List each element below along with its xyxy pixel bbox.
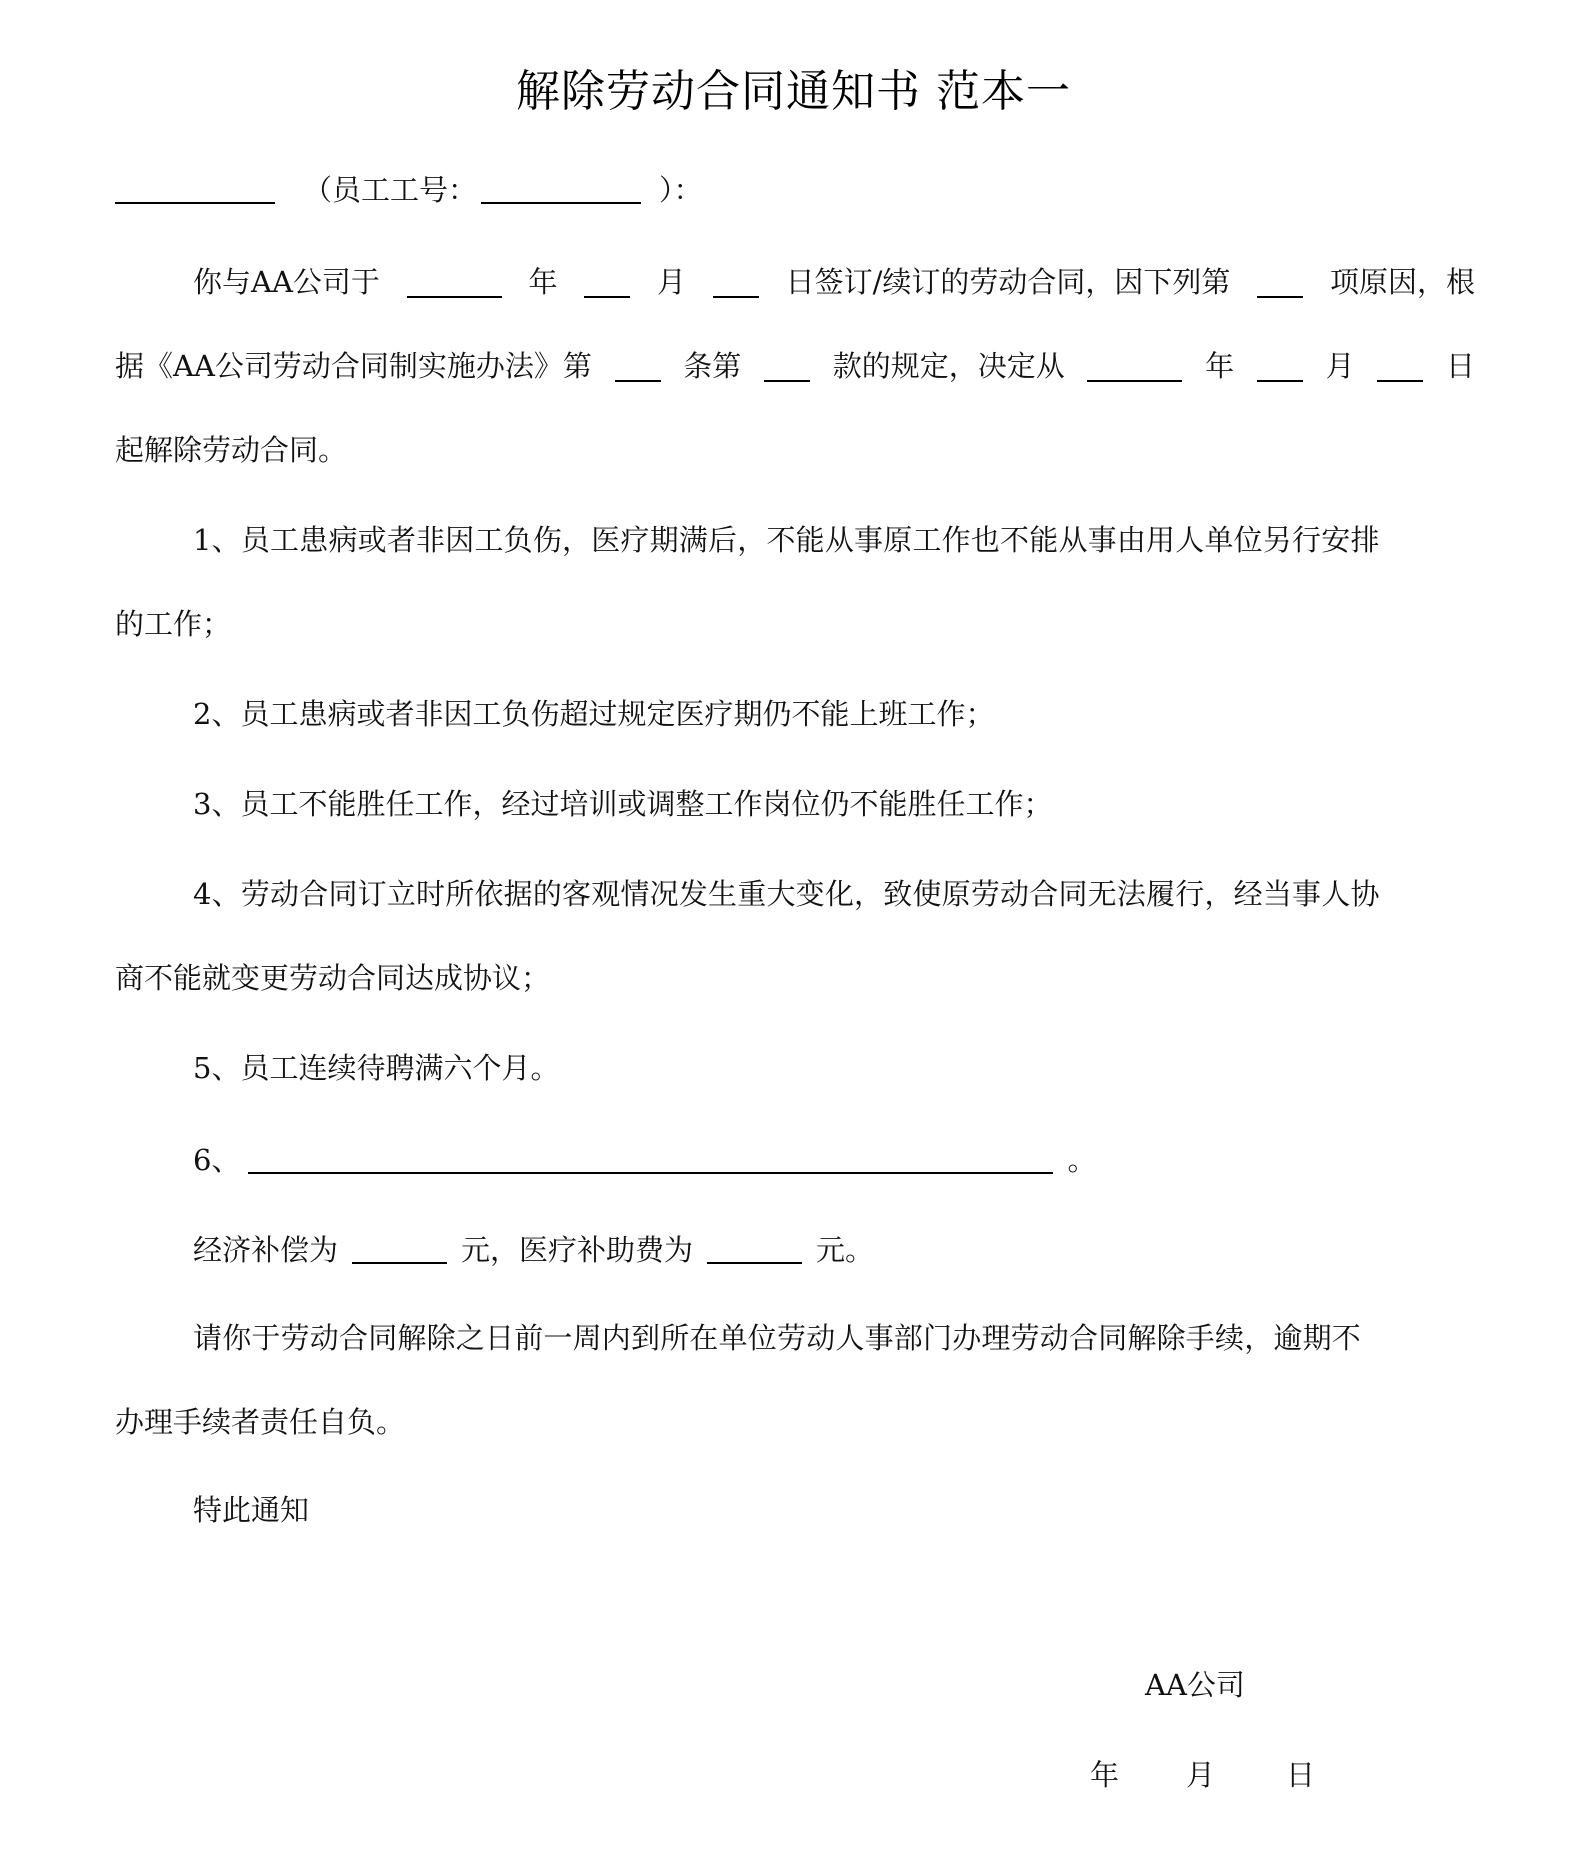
intro-text: 款的规定，决定从 [833, 346, 1065, 386]
reason-6-prefix: 6、 [193, 1143, 240, 1177]
intro-text: 日 [1446, 346, 1475, 386]
reason-6-suffix: 。 [1067, 1143, 1096, 1177]
employee-id-close: ）： [659, 173, 703, 207]
closing-text: 特此通知 [115, 1490, 1553, 1530]
reason-1-line-1: 1、员工患病或者非因工负伤，医疗期满后，不能从事原工作也不能从事由用人单位另行安… [115, 520, 1475, 560]
economic-compensation-blank[interactable] [352, 1232, 447, 1264]
instruction-line-1: 请你于劳动合同解除之日前一周内到所在单位劳动人事部门办理劳动合同解除手续，逾期不 [115, 1318, 1475, 1358]
reason-4-line-1: 4、劳动合同订立时所依据的客观情况发生重大变化，致使原劳动合同无法履行，经当事人… [115, 874, 1475, 914]
intro-line-1: 你与AA公司于 年 月 日签订/续订的劳动合同，因下列第 项原因，根 [115, 262, 1475, 302]
signature-year: 年 [1090, 1755, 1119, 1795]
intro-text: 你与AA公司于 [193, 262, 380, 302]
reason-2: 2、员工患病或者非因工负伤超过规定医疗期仍不能上班工作； [115, 694, 1553, 734]
sign-day-blank[interactable] [713, 266, 759, 298]
intro-text: 据《AA公司劳动合同制实施办法》第 [115, 346, 592, 386]
reason-5: 5、员工连续待聘满六个月。 [115, 1048, 1553, 1088]
intro-text: 条第 [683, 346, 741, 386]
reason-4-line-2: 商不能就变更劳动合同达成协议； [115, 958, 1475, 998]
reason-3: 3、员工不能胜任工作，经过培训或调整工作岗位仍不能胜任工作； [115, 784, 1553, 824]
sign-month-blank[interactable] [584, 266, 630, 298]
compensation-unit: 元。 [816, 1233, 874, 1267]
termination-day-blank[interactable] [1377, 350, 1423, 382]
reason-6: 6、。 [115, 1138, 1553, 1180]
medical-subsidy-label: 元，医疗补助费为 [461, 1233, 693, 1267]
termination-year-blank[interactable] [1087, 350, 1182, 382]
medical-subsidy-blank[interactable] [707, 1232, 802, 1264]
signature-day: 日 [1286, 1755, 1315, 1795]
article-blank[interactable] [615, 350, 661, 382]
addressee-line: （员工工号：）： [115, 168, 1475, 210]
intro-text: 年 [528, 262, 557, 302]
intro-line-2: 据《AA公司劳动合同制实施办法》第 条第 款的规定，决定从 年 月 日 [115, 346, 1475, 386]
signature-company: AA公司 [1145, 1665, 1245, 1705]
intro-text: 年 [1205, 346, 1234, 386]
other-reason-blank[interactable] [248, 1142, 1053, 1174]
employee-id-blank[interactable] [481, 172, 641, 204]
employee-name-blank[interactable] [115, 172, 275, 204]
termination-month-blank[interactable] [1257, 350, 1303, 382]
reason-number-blank[interactable] [1257, 266, 1303, 298]
economic-compensation-label: 经济补偿为 [193, 1233, 338, 1267]
clause-blank[interactable] [764, 350, 810, 382]
instruction-line-2: 办理手续者责任自负。 [115, 1402, 1475, 1442]
intro-text: 月 [657, 262, 686, 302]
signature-month: 月 [1186, 1755, 1215, 1795]
sign-year-blank[interactable] [407, 266, 502, 298]
employee-id-label: （员工工号： [303, 173, 477, 207]
intro-text: 日签订/续订的劳动合同，因下列第 [786, 262, 1231, 302]
reason-1-line-2: 的工作； [115, 604, 1475, 644]
compensation-line: 经济补偿为元，医疗补助费为元。 [115, 1228, 1553, 1270]
document-page: 解除劳动合同通知书 范本一 （员工工号：）： 你与AA公司于 年 月 日签订/续… [0, 0, 1587, 1864]
intro-text: 项原因，根 [1330, 262, 1475, 302]
intro-text: 月 [1326, 346, 1355, 386]
intro-line-3: 起解除劳动合同。 [115, 430, 1475, 470]
document-title: 解除劳动合同通知书 范本一 [0, 62, 1587, 122]
